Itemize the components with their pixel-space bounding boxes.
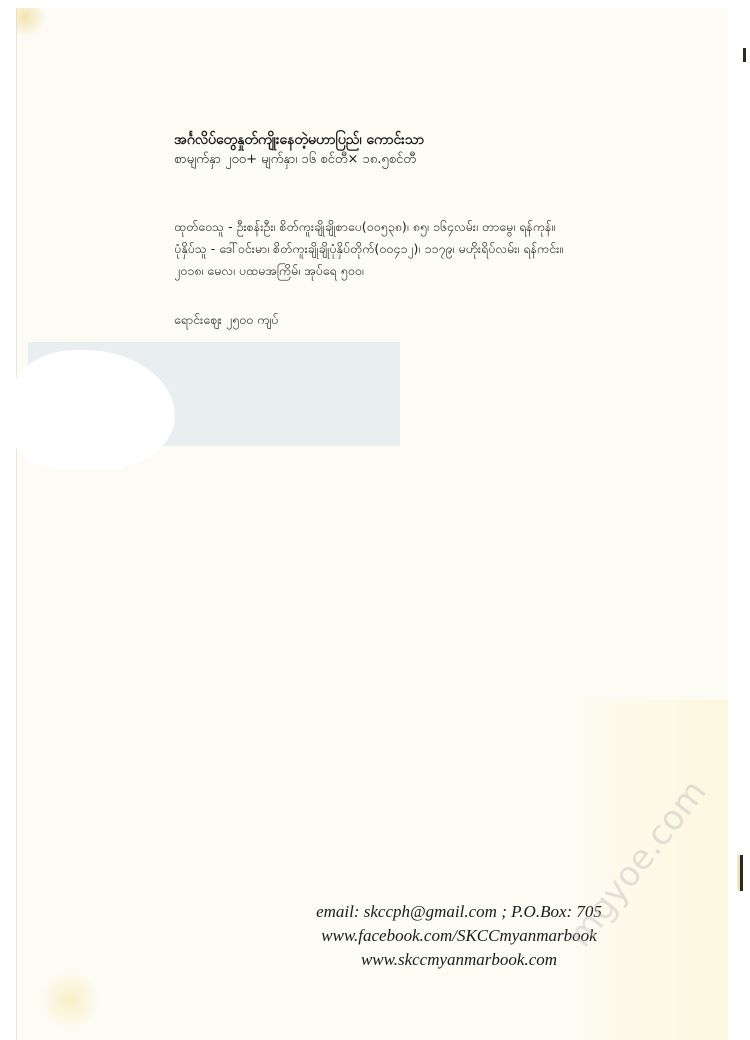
credits-block: ထုတ်ဝေသူ - ဦးစန်းဦး၊ စိတ်ကူးချိုချိုစာပေ… — [174, 216, 563, 282]
page-right-margin — [728, 0, 750, 1040]
book-specs: စာမျက်နှာ ၂၀၀+ မျက်နှာ၊ ၁၆ စင်တီ× ၁၈.၅စင… — [174, 151, 416, 170]
publisher-line: ထုတ်ဝေသူ - ဦးစန်းဦး၊ စိတ်ကူးချိုချိုစာပေ… — [174, 216, 563, 238]
website-link: www.skccmyanmarbook.com — [284, 948, 634, 972]
price-line: ရောင်းဈေး ၂၅၀၀ ကျပ် — [174, 312, 278, 331]
paper-stain-top — [16, 8, 46, 38]
scanned-page: အင်္ဂလိပ်တွေနှုတ်ကျိုးနေတဲ့မဟာပြည်၊ ကောင… — [0, 0, 750, 1040]
edge-mark-top — [743, 48, 746, 62]
edge-mark-bottom — [740, 855, 743, 891]
paper-stain-bottom — [40, 970, 100, 1030]
book-title: အင်္ဂလိပ်တွေနှုတ်ကျိုးနေတဲ့မဟာပြည်၊ ကောင… — [174, 130, 424, 151]
printer-line: ပုံနှိပ်သူ - ဒေါ်ဝင်းမာ၊ စိတ်ကူးချိုချို… — [174, 238, 563, 260]
edition-line: ၂၀၁၈၊ မေလ၊ ပထမအကြိမ်၊ အုပ်ရေ ၅၀၀၊ — [174, 260, 563, 282]
